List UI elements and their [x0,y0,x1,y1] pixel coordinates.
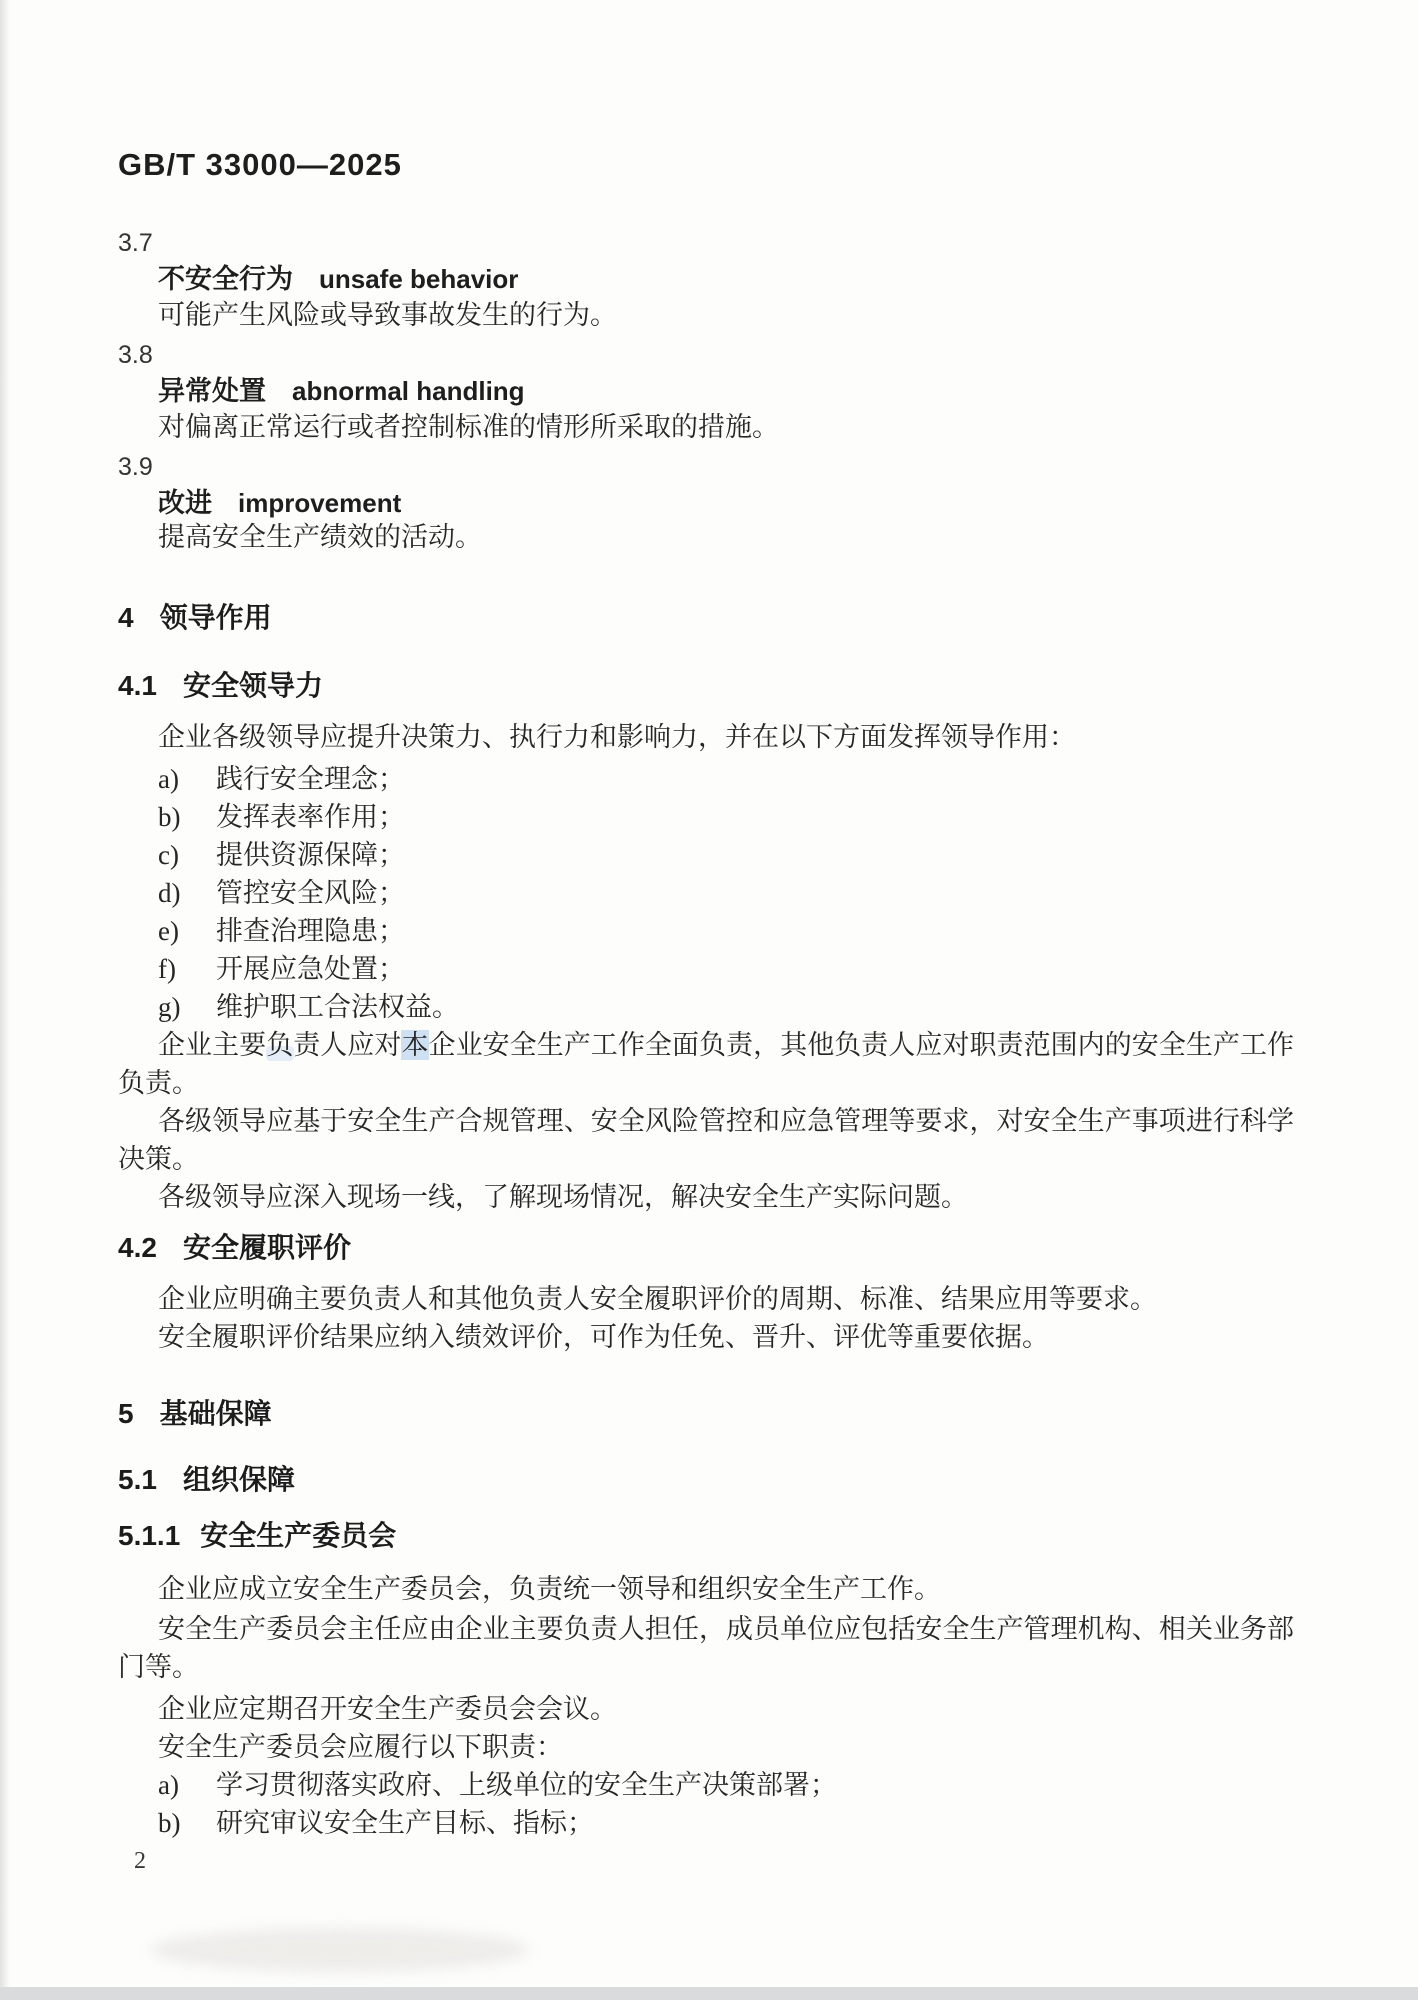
paragraph-decision: 各级领导应基于安全生产合规管理、安全风险管控和应急管理等要求，对安全生产事项进行… [118,1102,1294,1178]
clause-number-3-9: 3.9 [118,452,1294,482]
section-heading-4: 4领导作用 [118,600,1294,636]
page-edge-shadow-bottom [0,1987,1418,2000]
term-line-3-8: 异常处置abnormal handling [118,374,1294,408]
section-number: 5 [118,1398,134,1429]
list-item-label: f) [158,950,216,988]
paragraph-responsibility: 企业主要负责人应对本企业安全生产工作全面负责，其他负责人应对职责范围内的安全生产… [118,1026,1294,1102]
section-number: 5.1 [118,1464,157,1495]
list-item-text: 发挥表率作用； [216,802,405,832]
leadership-aspects-list: a)践行安全理念； b)发挥表率作用； c)提供资源保障； d)管控安全风险； … [118,760,1294,1026]
list-item-text: 研究审议安全生产目标、指标； [216,1808,594,1838]
list-item-label: b) [158,798,216,836]
section-title: 安全履职评价 [183,1232,351,1263]
highlight-mark: 本 [401,1030,428,1060]
term-en: improvement [238,488,401,518]
page-content: GB/T 33000—2025 3.7 不安全行为unsafe behavior… [0,148,1418,1876]
definition-3-7: 可能产生风险或导致事故发生的行为。 [118,298,1294,332]
page-number: 2 [134,1846,1294,1876]
list-item-label: d) [158,874,216,912]
section-number: 4 [118,602,134,633]
list-item: b)研究审议安全生产目标、指标； [118,1804,1294,1842]
committee-duties-list: a)学习贯彻落实政府、上级单位的安全生产决策部署； b)研究审议安全生产目标、指… [118,1766,1294,1842]
list-item-text: 开展应急处置； [216,954,405,984]
paragraph-frontline: 各级领导应深入现场一线，了解现场情况，解决安全生产实际问题。 [118,1178,1294,1216]
section-title: 组织保障 [183,1464,295,1495]
list-item-text: 提供资源保障； [216,840,405,870]
definition-3-9: 提高安全生产绩效的活动。 [118,520,1294,554]
list-item: g)维护职工合法权益。 [118,988,1294,1026]
definition-3-8: 对偏离正常运行或者控制标准的情形所采取的措施。 [118,410,1294,444]
paragraph-leadership-intro: 企业各级领导应提升决策力、执行力和影响力，并在以下方面发挥领导作用： [118,718,1294,756]
list-item: a)学习贯彻落实政府、上级单位的安全生产决策部署； [118,1766,1294,1804]
section-heading-4-2: 4.2安全履职评价 [118,1230,1294,1266]
list-item-text: 维护职工合法权益。 [216,992,459,1022]
clause-number-3-7: 3.7 [118,228,1294,258]
list-item: d)管控安全风险； [118,874,1294,912]
section-number: 4.1 [118,670,157,701]
list-item-label: c) [158,836,216,874]
term-line-3-7: 不安全行为unsafe behavior [118,262,1294,296]
scanned-document-page: GB/T 33000—2025 3.7 不安全行为unsafe behavior… [0,0,1418,2000]
term-line-3-9: 改进improvement [118,486,1294,520]
term-zh: 改进 [158,488,212,518]
scan-artifact-stain [150,1928,530,1972]
paragraph-committee-meeting: 企业应定期召开安全生产委员会会议。 [118,1690,1294,1728]
section-heading-5-1: 5.1组织保障 [118,1462,1294,1498]
term-en: abnormal handling [292,376,525,406]
term-en: unsafe behavior [319,264,518,294]
section-title: 领导作用 [160,602,272,633]
list-item-label: a) [158,1766,216,1804]
list-item-text: 践行安全理念； [216,764,405,794]
section-heading-4-1: 4.1安全领导力 [118,668,1294,704]
list-item: f)开展应急处置； [118,950,1294,988]
section-title: 安全领导力 [183,670,323,701]
list-item-label: g) [158,988,216,1026]
list-item: a)践行安全理念； [118,760,1294,798]
clause-number-3-8: 3.8 [118,340,1294,370]
paragraph-committee-establish: 企业应成立安全生产委员会，负责统一领导和组织安全生产工作。 [118,1570,1294,1608]
paragraph-committee-director: 安全生产委员会主任应由企业主要负责人担任，成员单位应包括安全生产管理机构、相关业… [118,1610,1294,1686]
list-item-label: a) [158,760,216,798]
list-item: e)排查治理隐患； [118,912,1294,950]
paragraph-committee-duties-intro: 安全生产委员会应履行以下职责： [118,1728,1294,1766]
standard-code-header: GB/T 33000—2025 [118,148,1294,182]
list-item-text: 排查治理隐患； [216,916,405,946]
term-zh: 不安全行为 [158,264,293,294]
section-title: 安全生产委员会 [200,1520,396,1551]
list-item-text: 学习贯彻落实政府、上级单位的安全生产决策部署； [216,1770,837,1800]
section-heading-5-1-1: 5.1.1安全生产委员会 [118,1518,1294,1554]
paragraph-evaluation-results: 安全履职评价结果应纳入绩效评价，可作为任免、晋升、评优等重要依据。 [118,1318,1294,1356]
paragraph-evaluation-requirements: 企业应明确主要负责人和其他负责人安全履职评价的周期、标准、结果应用等要求。 [118,1280,1294,1318]
list-item-label: b) [158,1804,216,1842]
term-zh: 异常处置 [158,376,266,406]
list-item: c)提供资源保障； [118,836,1294,874]
list-item-text: 管控安全风险； [216,878,405,908]
list-item: b)发挥表率作用； [118,798,1294,836]
section-number: 4.2 [118,1232,157,1263]
list-item-label: e) [158,912,216,950]
paragraph-text: 企业主要负责人应对 [158,1030,401,1060]
section-title: 基础保障 [160,1398,272,1429]
section-number: 5.1.1 [118,1520,180,1551]
section-heading-5: 5基础保障 [118,1396,1294,1432]
